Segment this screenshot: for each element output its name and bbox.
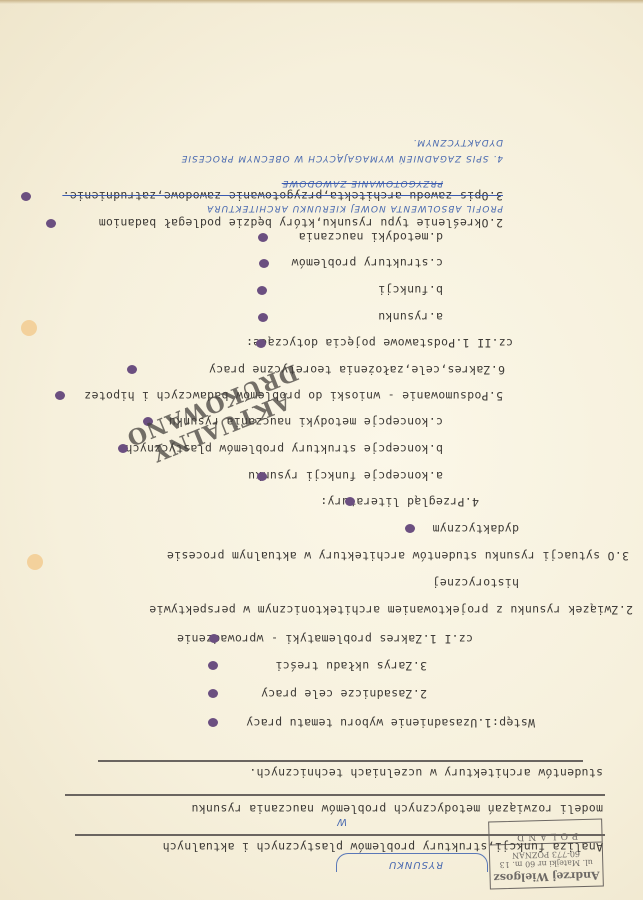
outline-item: c.struktury problemów: [291, 256, 443, 270]
bullet-dot: [405, 524, 415, 533]
title-rule-1: [75, 834, 605, 836]
bullet-dot: [259, 259, 269, 268]
outline-item: a.koncepcje funkcji rysunku: [248, 469, 443, 483]
outline-item: Wstęp:1.Uzasadnienie wyboru tematu pracy: [246, 716, 535, 730]
outline-item: 3.Zarys układu treści: [275, 659, 427, 673]
outline-item: a.rysunku: [378, 310, 443, 324]
outline-item: 2.Zasadnicze cele pracy: [261, 687, 427, 701]
title-line-3: studentów architektury w uczelniach tech…: [249, 766, 603, 780]
outline-item: cz.II 1.Podstawowe pojęcia dotyczące:: [246, 336, 513, 350]
bullet-dot: [55, 391, 65, 400]
punch-hole: [21, 320, 37, 336]
outline-item: d.metodyki nauczania: [299, 230, 443, 244]
outline-item: 4.Przegląd literatury:: [320, 495, 479, 509]
outline-item: cz.I 1.Zakres problematyki - wprowadzeni…: [177, 632, 473, 646]
outline-item: 2.Związek rysunku z projektowaniem archi…: [149, 603, 633, 617]
title-rule-2: [65, 794, 605, 796]
bullet-dot: [118, 444, 128, 453]
bullet-dot: [258, 233, 268, 242]
address-stamp: Andrzej Wielgosz ul. Matejki nr 60 m. 13…: [488, 819, 604, 890]
bullet-dot: [46, 219, 56, 228]
bullet-dot: [21, 192, 31, 201]
title-line-1: Analiza funkcji,struktury problemów plas…: [162, 840, 603, 854]
page-edge: [0, 0, 643, 4]
outline-item: 3.O sytuacji rysunku studentów architekt…: [167, 549, 629, 563]
handwritten-note: 4. SPIS ZAGADNIEŃ WYMAGAJĄCYCH W OBECNYM…: [181, 153, 503, 163]
handwritten-note-rysunku: RYSUNKU: [388, 859, 443, 870]
handwritten-note: DYDAKTYCZNYM.: [412, 137, 503, 147]
title-rule-3: [98, 760, 583, 762]
handwritten-insert: W: [336, 816, 347, 827]
bullet-dot: [257, 472, 267, 481]
bullet-dot: [257, 286, 267, 295]
bullet-dot: [345, 497, 355, 506]
bullet-dot: [209, 634, 219, 643]
document-page: Andrzej Wielgosz ul. Matejki nr 60 m. 13…: [0, 0, 643, 900]
stamp-address: ul. Matejki nr 60 m. 13: [490, 858, 602, 870]
bullet-dot: [256, 339, 266, 348]
bullet-dot: [258, 313, 268, 322]
punch-hole: [27, 554, 43, 570]
outline-item: historycznej: [432, 576, 519, 590]
outline-item-struck: 3.Opis zawodu architekta,przygotowanie z…: [62, 189, 503, 203]
bullet-dot: [127, 365, 137, 374]
bullet-dot: [208, 661, 218, 670]
bullet-dot: [208, 718, 218, 727]
bullet-dot: [208, 689, 218, 698]
outline-item: 2.Określenie typu rysunku,który będzie p…: [98, 216, 503, 230]
title-line-2: modeli rozwiązań metodycznych problemów …: [191, 802, 603, 816]
outline-item: dydaktycznym: [432, 522, 519, 536]
stamp-name: Andrzej Wielgosz: [490, 869, 602, 885]
outline-item: b.funkcji: [378, 283, 443, 297]
handwritten-note: PROFIL ABSOLWENTA NOWEJ KIERUNKU ARCHITE…: [206, 203, 503, 213]
handwritten-note: PRZYGOTOWANIE ZAWODOWE: [282, 178, 443, 188]
